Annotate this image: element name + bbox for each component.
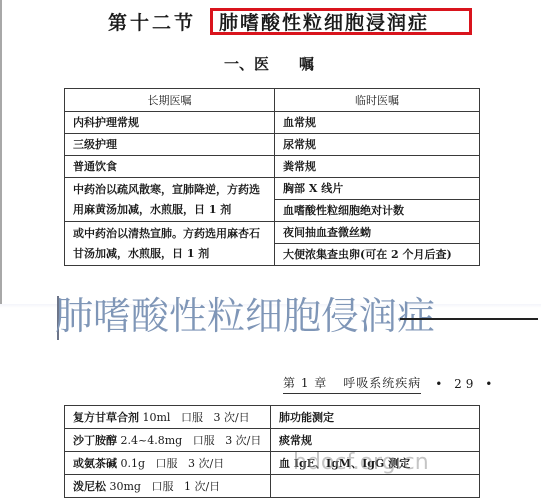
page-edge <box>0 0 2 305</box>
section-title: 第十二节 肺嗜酸性粒细胞浸润症 <box>108 6 472 36</box>
long-term-cell: 沙丁胺醇 2.4~4.8mg 口服 3 次/日 <box>65 429 271 452</box>
subheading-prefix: 一、医 <box>224 55 269 73</box>
running-header: 第 1 章呼吸系统疾病 • 29 • <box>283 374 496 394</box>
medical-orders-table: 长期医嘱 临时医嘱 内科护理常规 血常规 三级护理 尿常规 普通饮食 粪常规 中… <box>64 88 480 266</box>
temporary-cell: 粪常规 <box>275 156 480 178</box>
temporary-cell: 胸部 X 线片 <box>275 178 480 200</box>
chapter-label: 第 1 章呼吸系统疾病 <box>283 374 421 394</box>
overlay-title: 肺嗜酸性粒细胞侵润症 <box>55 293 435 339</box>
table-row: 中药治以疏风散寒，宣肺降逆，方药选用麻黄汤加减，水煎服，日 1 剂 胸部 X 线… <box>65 178 480 200</box>
document-page: 第十二节 肺嗜酸性粒细胞浸润症 一、医嘱 长期医嘱 临时医嘱 内科护理常规 血常… <box>0 0 541 500</box>
table-row: 或中药治以清热宣肺。方药选用麻杏石甘汤加减，水煎服，日 1 剂 夜间抽血查微丝蚴 <box>65 222 480 244</box>
table-row: 沙丁胺醇 2.4~4.8mg 口服 3 次/日 痰常规 <box>65 429 480 452</box>
long-term-cell: 普通饮食 <box>65 156 275 178</box>
table-row: 三级护理 尿常规 <box>65 134 480 156</box>
header-long-term: 长期医嘱 <box>65 89 275 112</box>
long-term-cell: 或氨茶碱 0.1g 口服 3 次/日 <box>65 452 271 475</box>
long-term-cell: 内科护理常规 <box>65 112 275 134</box>
table-header-row: 长期医嘱 临时医嘱 <box>65 89 480 112</box>
long-term-cell: 三级护理 <box>65 134 275 156</box>
header-temporary: 临时医嘱 <box>275 89 480 112</box>
table-row: 泼尼松 30mg 口服 1 次/日 <box>65 475 480 498</box>
subheading-suffix: 嘱 <box>299 55 314 73</box>
page-number: • 29 • <box>435 377 496 391</box>
temporary-cell: 夜间抽血查微丝蚴 <box>275 222 480 244</box>
table-row: 普通饮食 粪常规 <box>65 156 480 178</box>
temporary-cell: 尿常规 <box>275 134 480 156</box>
watermark: hdocf.org.cn <box>293 450 429 475</box>
temporary-cell: 血嗜酸性粒细胞绝对计数 <box>275 200 480 222</box>
decorative-line <box>400 318 538 320</box>
temporary-cell <box>271 475 480 498</box>
section-number: 第十二节 <box>108 8 196 35</box>
long-term-cell: 中药治以疏风散寒，宣肺降逆，方药选用麻黄汤加减，水煎服，日 1 剂 <box>65 178 275 222</box>
long-term-cell: 或中药治以清热宣肺。方药选用麻杏石甘汤加减，水煎服，日 1 剂 <box>65 222 275 266</box>
temporary-cell: 大便浓集查虫卵(可在 2 个月后查) <box>275 244 480 266</box>
highlighted-section-title: 肺嗜酸性粒细胞浸润症 <box>210 8 472 35</box>
table-row: 复方甘草合剂 10ml 口服 3 次/日 肺功能测定 <box>65 406 480 429</box>
temporary-cell: 痰常规 <box>271 429 480 452</box>
temporary-cell: 肺功能测定 <box>271 406 480 429</box>
temporary-cell: 血常规 <box>275 112 480 134</box>
subheading-medical-orders: 一、医嘱 <box>224 53 314 74</box>
table-row: 内科护理常规 血常规 <box>65 112 480 134</box>
long-term-cell: 复方甘草合剂 10ml 口服 3 次/日 <box>65 406 271 429</box>
long-term-cell: 泼尼松 30mg 口服 1 次/日 <box>65 475 271 498</box>
